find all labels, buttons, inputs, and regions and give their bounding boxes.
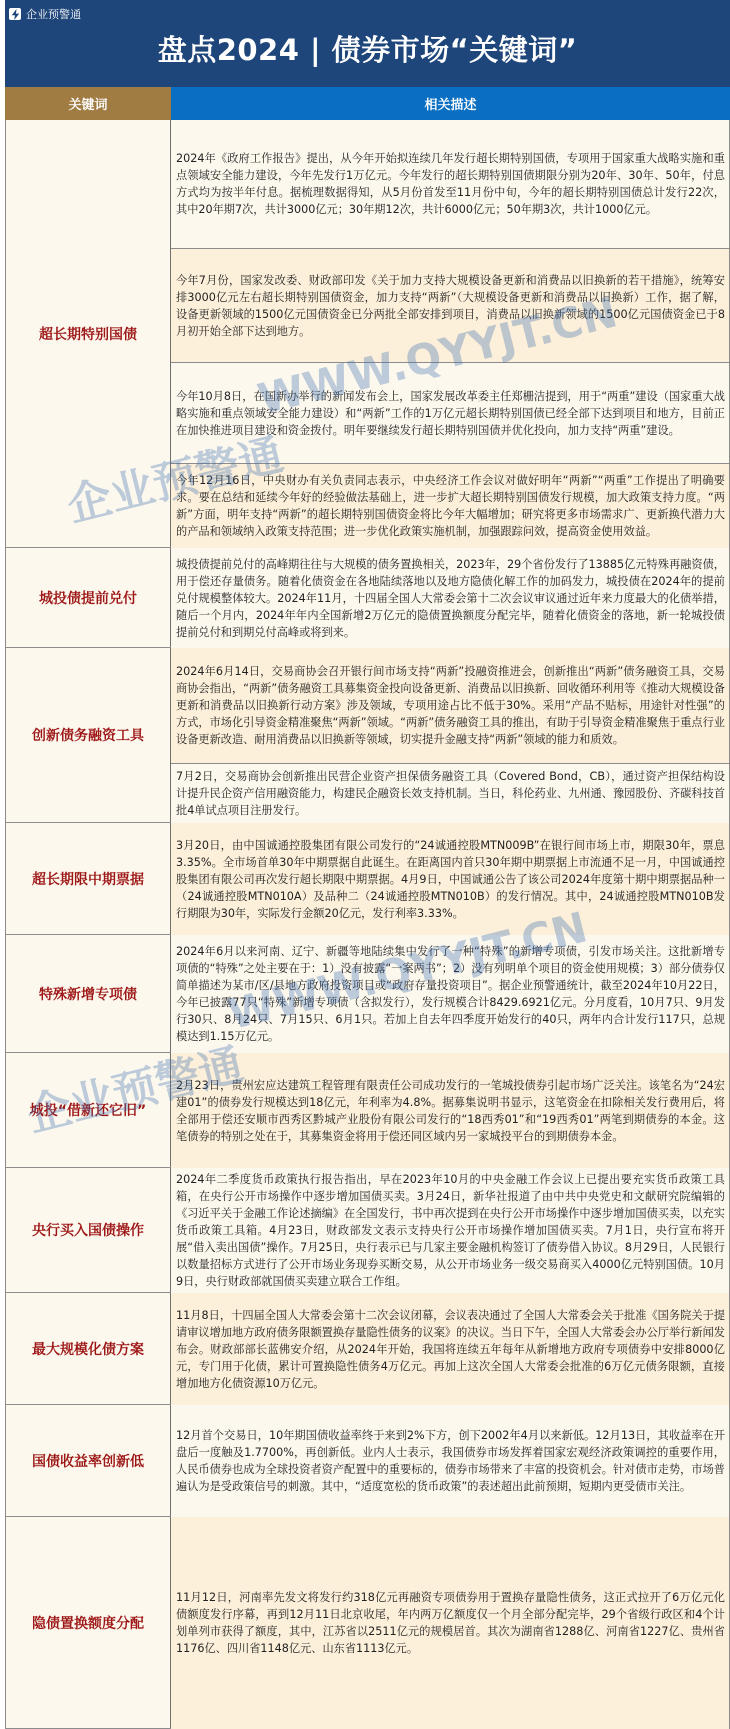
column-header-keyword: 关键词 (5, 87, 171, 120)
keyword-cell: 特殊新增专项债 (5, 935, 171, 1052)
keyword-cell: 最大规模化债方案 (5, 1293, 171, 1404)
keyword-cell: 超长期限中期票据 (5, 823, 171, 934)
description-cell: 今年12月16日，中央财办有关负责同志表示，中央经济工作会议对做好明年“两新”“… (171, 463, 730, 548)
description-cell: 7月2日，交易商协会创新推出民营企业资产担保债务融资工具（Covered Bon… (171, 763, 730, 823)
table-row: 央行买入国债操作 2024年二季度货币政策执行报告指出，早在2023年10月的中… (5, 1168, 730, 1293)
keyword-cell: 城投“借新还它旧” (5, 1053, 171, 1167)
keyword-cell: 央行买入国债操作 (5, 1168, 171, 1292)
description-cell: 城投债提前兑付的高峰期往往与大规模的债务置换相关，2023年，29个省份发行了1… (171, 548, 730, 648)
page-title: 盘点2024 | 债券市场“关键词” (5, 28, 730, 69)
table-row: 城投债提前兑付 城投债提前兑付的高峰期往往与大规模的债务置换相关，2023年，2… (5, 548, 730, 648)
description-cell: 2024年6月以来河南、辽宁、新疆等地陆续集中发行了一种“特殊”的新增专项债，引… (171, 935, 730, 1053)
column-header-description: 相关描述 (171, 87, 730, 120)
description-cell: 11月12日，河南率先发文将发行约318亿元再融资专项债券用于置换存量隐性债务，… (171, 1517, 730, 1729)
table-row: 隐债置换额度分配 11月12日，河南率先发文将发行约318亿元再融资专项债券用于… (5, 1517, 730, 1729)
description-cell: 2024年6月14日，交易商协会召开银行间市场支持“两新”投融资推进会，创新推出… (171, 648, 730, 763)
description-cell: 11月8日，十四届全国人大常委会第十二次会议闭幕，会议表决通过了全国人大常委会关… (171, 1293, 730, 1405)
description-cell: 12月首个交易日，10年期国债收益率终于来到2%下方，创下2002年4月以来新低… (171, 1405, 730, 1517)
table-row: 国债收益率创新低 12月首个交易日，10年期国债收益率终于来到2%下方，创下20… (5, 1405, 730, 1517)
description-cell: 今年7月份，国家发改委、财政部印发《关于加力支持大规模设备更新和消费品以旧换新的… (171, 248, 730, 362)
infographic-page: 企业预警通 盘点2024 | 债券市场“关键词” 关键词 相关描述 超长期特别国… (5, 0, 730, 1729)
description-cell: 3月20日，由中国诚通控股集团有限公司发行的“24诚通控股MTN009B”在银行… (171, 823, 730, 935)
table-row: 最大规模化债方案 11月8日，十四届全国人大常委会第十二次会议闭幕，会议表决通过… (5, 1293, 730, 1405)
keyword-cell: 城投债提前兑付 (5, 548, 171, 647)
table-row: 超长期特别国债 2024年《政府工作报告》提出，从今年开始拟连续几年发行超长期特… (5, 120, 730, 548)
keyword-cell: 创新债务融资工具 (5, 648, 171, 822)
brand: 企业预警通 (9, 6, 81, 22)
keyword-cell: 国债收益率创新低 (5, 1405, 171, 1516)
table-row: 特殊新增专项债 2024年6月以来河南、辽宁、新疆等地陆续集中发行了一种“特殊”… (5, 935, 730, 1053)
description-cell: 今年10月8日，在国新办举行的新闻发布会上，国家发展改革委主任郑栅洁提到，用于“… (171, 362, 730, 463)
title-banner: 企业预警通 盘点2024 | 债券市场“关键词” (5, 0, 730, 87)
table-row: 创新债务融资工具 2024年6月14日，交易商协会召开银行间市场支持“两新”投融… (5, 648, 730, 823)
lightning-logo-icon (9, 8, 21, 20)
table-row: 超长期限中期票据 3月20日，由中国诚通控股集团有限公司发行的“24诚通控股MT… (5, 823, 730, 935)
keyword-cell: 超长期特别国债 (5, 120, 171, 547)
keyword-cell: 隐债置换额度分配 (5, 1517, 171, 1728)
description-cell: 2024年二季度货币政策执行报告指出，早在2023年10月的中央金融工作会议上已… (171, 1168, 730, 1293)
description-cell: 2024年《政府工作报告》提出，从今年开始拟连续几年发行超长期特别国债，专项用于… (171, 120, 730, 248)
brand-name: 企业预警通 (26, 6, 81, 22)
description-cell: 2月23日，贵州宏应达建筑工程管理有限责任公司成功发行的一笔城投债券引起市场广泛… (171, 1053, 730, 1168)
table-row: 城投“借新还它旧” 2月23日，贵州宏应达建筑工程管理有限责任公司成功发行的一笔… (5, 1053, 730, 1168)
